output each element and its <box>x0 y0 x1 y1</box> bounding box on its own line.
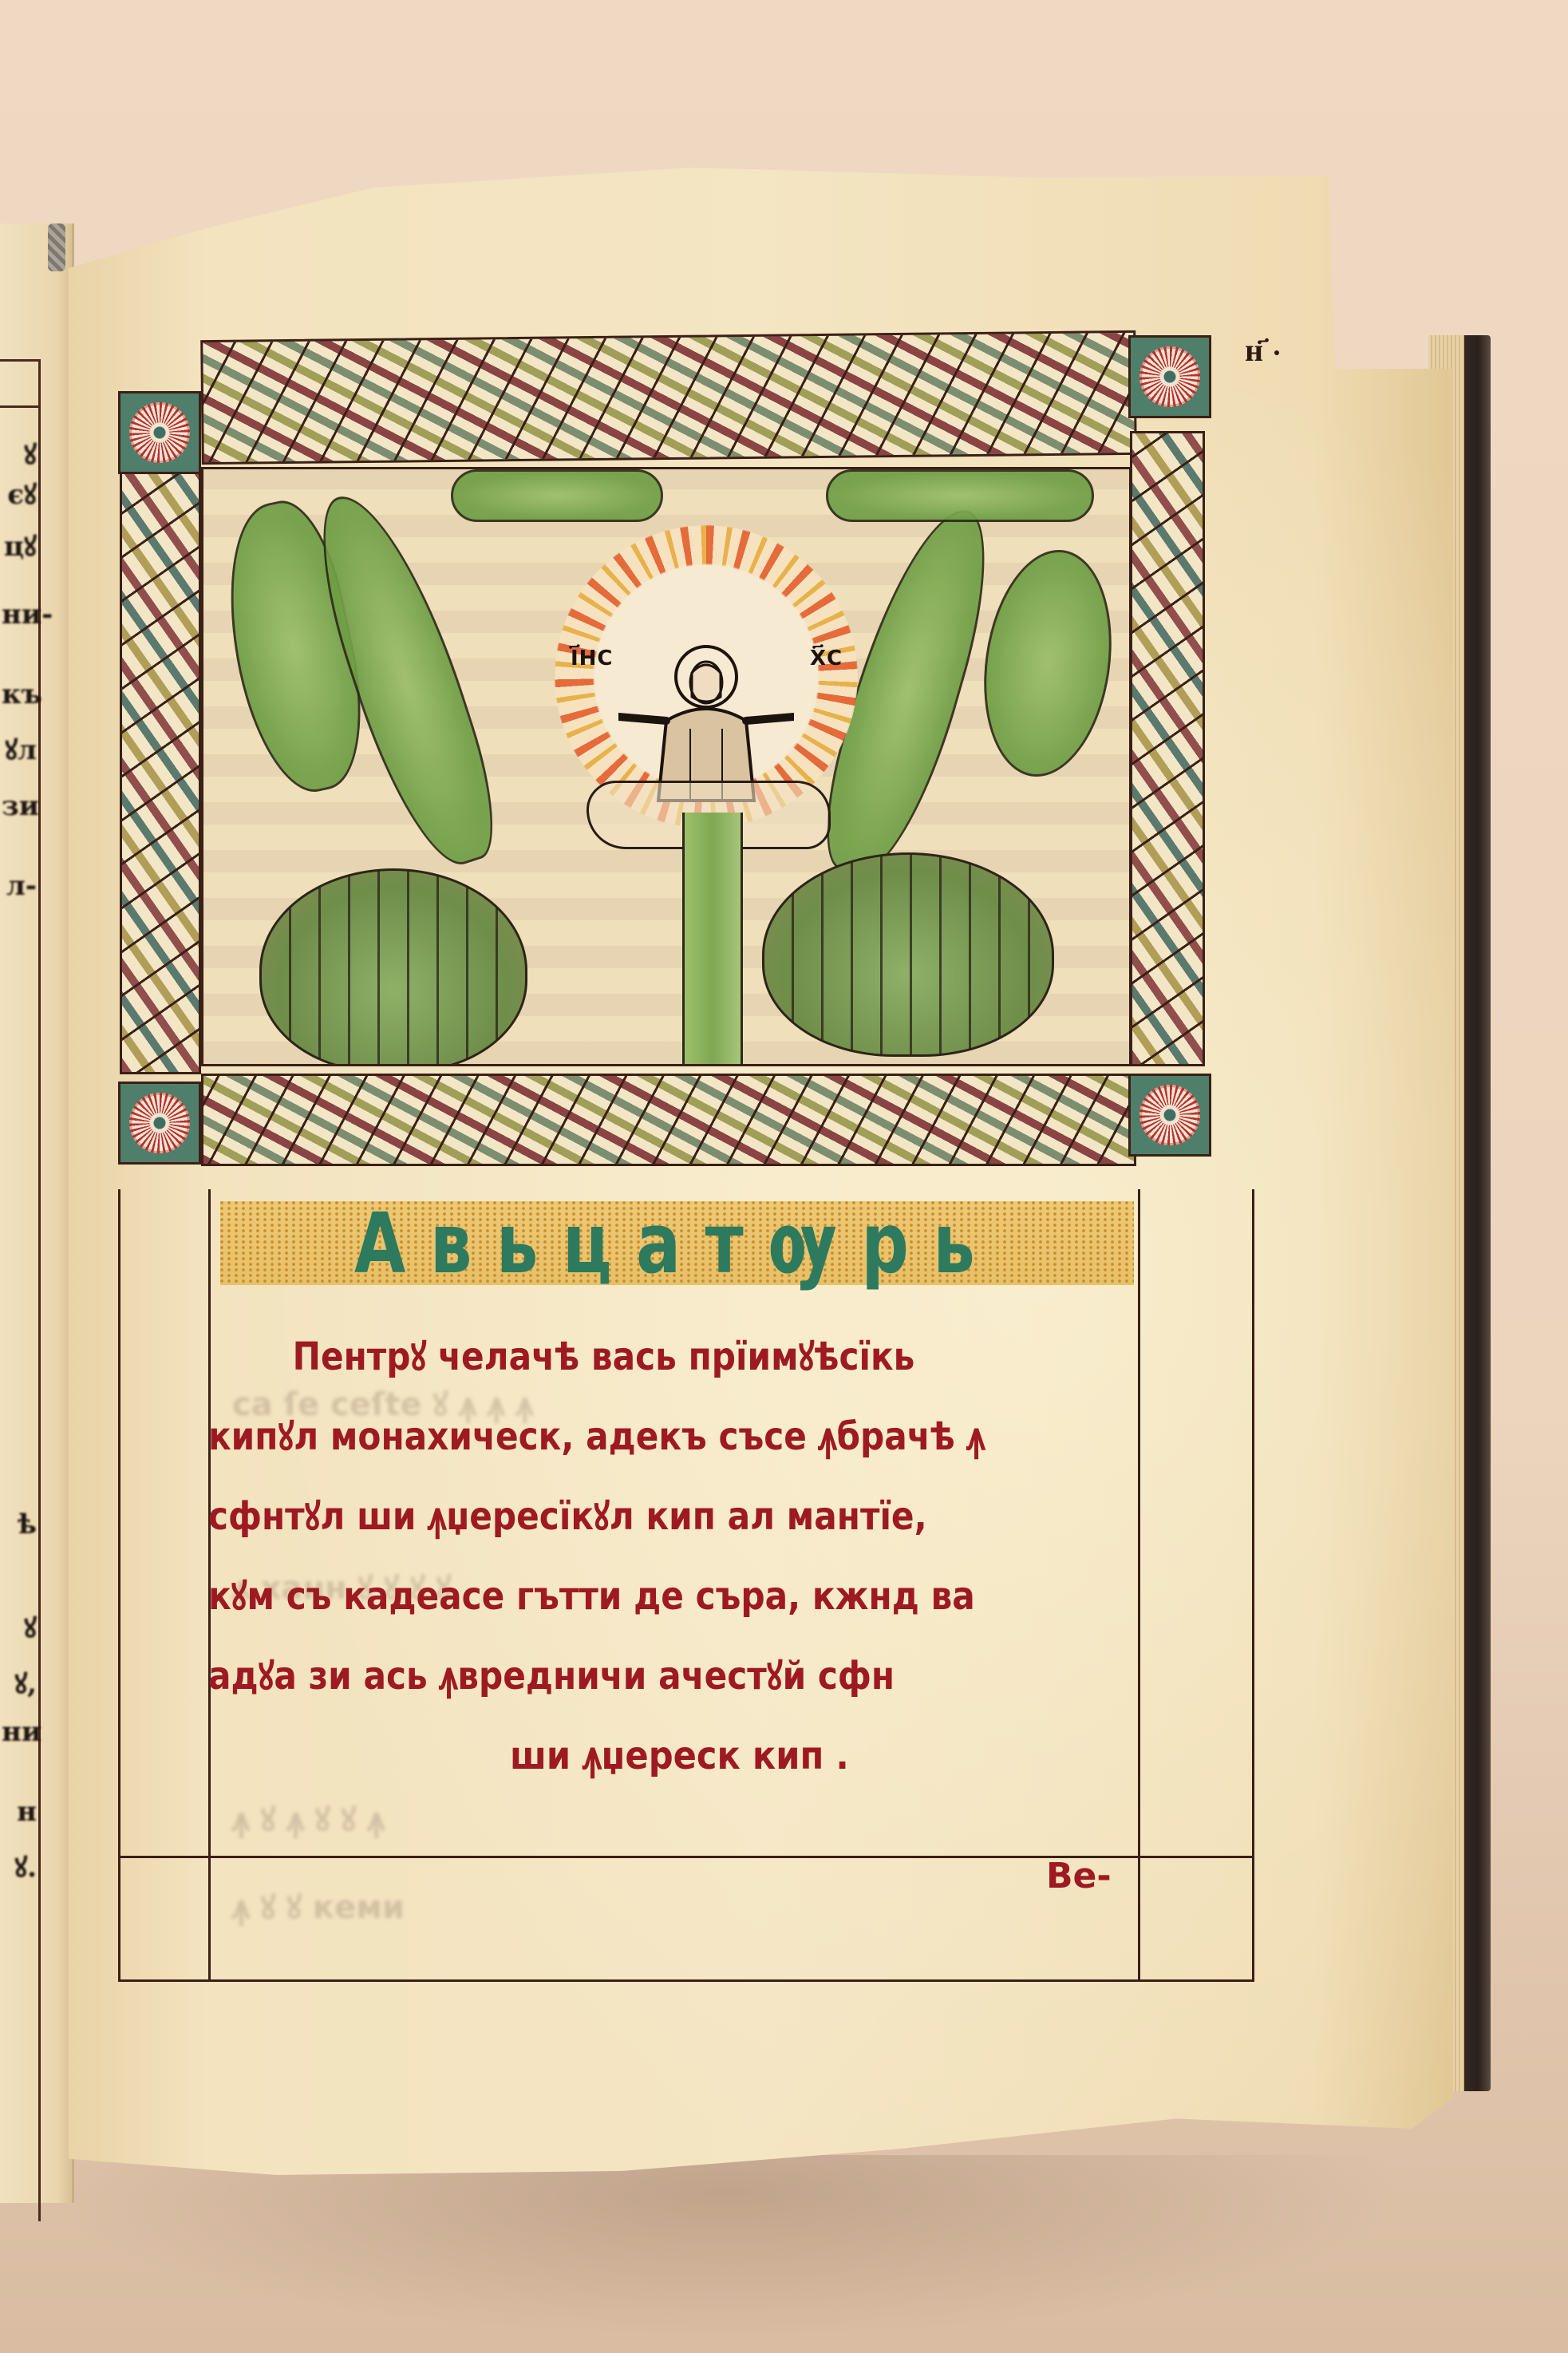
verso-page-fragment: ꙋ єꙋ цꙋ ни- къ ꙋл зи л- ѣ ꙋ ꙋ, ни н ꙋ. <box>0 223 74 2203</box>
rosette-icon <box>1139 1085 1200 1145</box>
miniature-panel: І҃НС Х҃С <box>201 467 1132 1066</box>
text-line: кипꙋл монахическ, адекъ съсе ꙟбрачѣ ꙟ <box>208 1397 1037 1477</box>
text-frame: ca ſe ceſte ꙋ ꙟ ꙟ ꙟ ꙟ ханн ꙋ ꙋ ꙋ ꙋ ꙟ ꙋ ꙟ… <box>118 1189 1254 1982</box>
verso-text: ꙋ <box>2 441 37 469</box>
chapter-title: Авьцатѹрь <box>354 1202 999 1285</box>
corner-rosette-top-left <box>118 391 201 474</box>
binding-cord <box>48 223 65 271</box>
lotus-plant-left <box>259 868 527 1066</box>
text-line: Пентрꙋ челачѣ вась прїимꙋѣсїкь <box>208 1317 1037 1397</box>
folio-number-text: н҃ <box>1245 331 1263 369</box>
lotus-plant-right <box>762 852 1054 1057</box>
top-braided-border <box>200 330 1137 465</box>
central-stem <box>682 813 743 1066</box>
corner-rosette-top-right <box>1128 335 1211 418</box>
text-line: кꙋм съ кадеасе гътти де съра, кжнд ва <box>208 1556 1037 1636</box>
verso-text: н <box>2 1798 37 1825</box>
verso-text: зи <box>2 793 37 820</box>
verso-text: ни <box>2 1718 37 1746</box>
illuminated-headpiece: І҃НС Х҃С <box>118 327 1210 1189</box>
rubricated-text: Пентрꙋ челачѣ вась прїимꙋѣсїкь кипꙋл мон… <box>208 1317 1150 1796</box>
rosette-icon <box>1139 346 1200 407</box>
show-through-text: ꙟ ꙋ ꙟ ꙋ ꙋ ꙟ <box>232 1796 385 1840</box>
verso-text: ꙋл <box>2 737 37 764</box>
folio-dot <box>1274 350 1279 355</box>
inscription-ihs: І҃НС <box>571 647 614 670</box>
verso-text: ꙋ. <box>2 1854 37 1881</box>
left-leaf-border <box>120 455 201 1074</box>
verso-text: ꙋ, <box>2 1671 37 1698</box>
verso-frame: ꙋ єꙋ цꙋ ни- къ ꙋл зи л- ѣ ꙋ ꙋ, ни н ꙋ. <box>0 359 41 2221</box>
text-line: ши ꙟџереск кип . <box>208 1716 1056 1796</box>
rosette-icon <box>129 1093 190 1153</box>
show-through-text: ꙟ ꙋ ꙋ кеми <box>232 1884 405 1928</box>
text-line: сфнтꙋл ши ꙟџересїкꙋл кип ал мантїе, <box>208 1477 1037 1556</box>
corner-rosette-bottom-right <box>1128 1074 1211 1157</box>
verso-text: єꙋ <box>2 481 37 508</box>
text-line: адꙋа зи ась ꙟвредничи ачестꙋй сфн <box>208 1636 1037 1716</box>
verso-text: цꙋ <box>2 533 37 560</box>
catchword: Ве- <box>1046 1856 1112 1896</box>
corner-rosette-bottom-left <box>118 1082 201 1165</box>
book-shadow <box>48 2155 1404 2339</box>
verso-frame-band <box>0 405 38 408</box>
verso-text: къ <box>2 681 37 708</box>
bottom-braided-border <box>201 1074 1136 1166</box>
rosette-icon <box>129 402 190 463</box>
acanthus-leaf <box>970 542 1125 785</box>
right-leaf-border <box>1130 431 1205 1066</box>
verso-text: л- <box>2 872 37 900</box>
acanthus-leaf <box>451 469 663 522</box>
folio-number: н҃ <box>1245 331 1279 369</box>
acanthus-leaf <box>826 469 1094 522</box>
inscription-xc: Х҃С <box>810 647 843 670</box>
verso-text: ни- <box>2 601 37 628</box>
verso-text: ѣ <box>2 1511 37 1538</box>
verso-text: ꙋ <box>2 1615 37 1642</box>
gilt-title-band: Авьцатѹрь <box>220 1201 1134 1285</box>
